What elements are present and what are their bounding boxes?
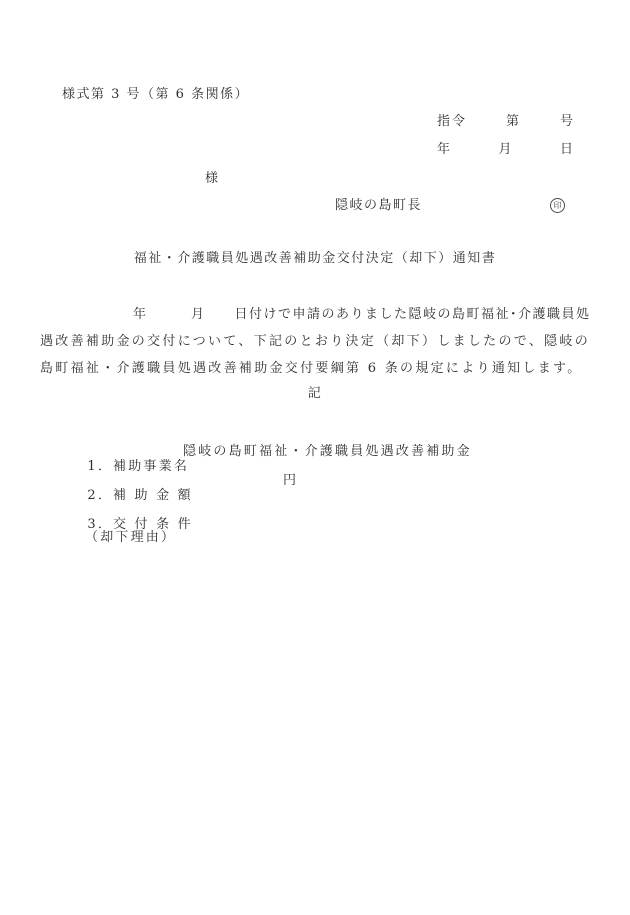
record-heading: 記 xyxy=(0,386,630,401)
item-1-label: 1．補助事業名 xyxy=(87,459,189,474)
directive-label: 指令 xyxy=(437,114,467,129)
sender-title: 隠岐の島町長 xyxy=(335,198,422,213)
directive-counter-prefix: 第 xyxy=(506,114,521,129)
addressee-honorific: 様 xyxy=(205,171,220,186)
form-number: 様式第 3 号（第 6 条関係） xyxy=(62,87,249,102)
body-line-1: 年 月 日付けで申請のありました隠岐の島町福祉･介護職員処 xyxy=(133,307,591,322)
body-line-3: 島町福祉・介護職員処遇改善補助金交付要綱第 6 条の規定により通知します。 xyxy=(40,361,583,376)
seal-mark-icon: 印 xyxy=(550,198,565,213)
document-page: 様式第 3 号（第 6 条関係） 指令 第 号 年 月 日 様 隠岐の島町長 印… xyxy=(0,0,630,915)
directive-counter-suffix: 号 xyxy=(560,114,575,129)
rejection-reason-label: （却下理由） xyxy=(85,530,176,545)
directive-number-row: 指令 第 号 xyxy=(437,114,575,129)
item-1-value: 隠岐の島町福祉・介護職員処遇改善補助金 xyxy=(183,444,472,459)
issue-date-row: 年 月 日 xyxy=(437,142,575,157)
body-line-2: 遇改善補助金の交付について、下記のとおり決定（却下）しましたので、隠岐の xyxy=(40,334,590,349)
date-year-label: 年 xyxy=(437,142,452,157)
date-day-label: 日 xyxy=(560,142,575,157)
date-month-label: 月 xyxy=(498,142,513,157)
item-2-label: 2．補 助 金 額 xyxy=(87,488,192,503)
item-2-value: 円 xyxy=(283,473,298,488)
document-title: 福祉・介護職員処遇改善補助金交付決定（却下）通知書 xyxy=(0,251,630,266)
